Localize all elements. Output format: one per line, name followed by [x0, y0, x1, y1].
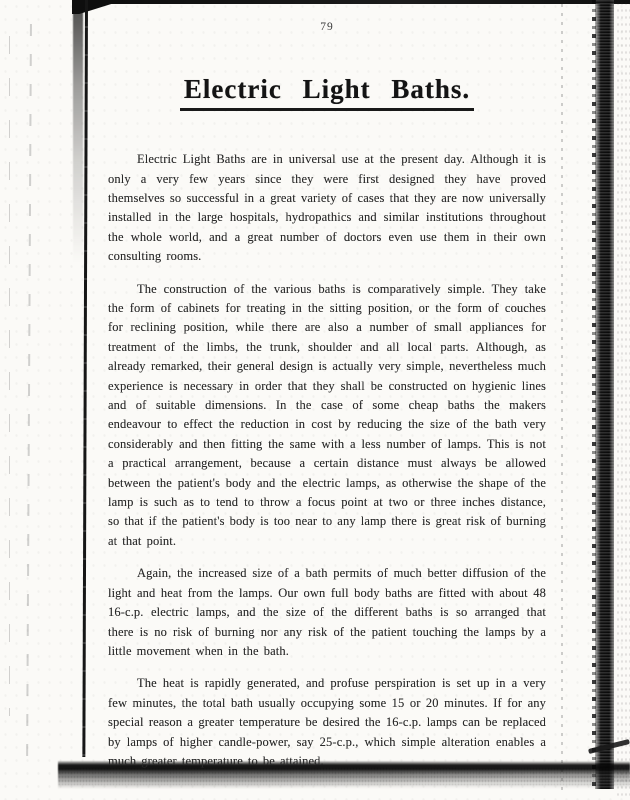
scanned-book-page: 79 Electric Light Baths. Electric Light … — [0, 0, 630, 800]
paragraph-3: Again, the increased size of a bath perm… — [108, 564, 546, 661]
scan-right-binding-band — [595, 0, 614, 789]
body-text: Electric Light Baths are in universal us… — [108, 150, 546, 771]
scan-right-faint-line — [561, 4, 563, 794]
page-content: 79 Electric Light Baths. Electric Light … — [108, 0, 546, 784]
scan-gutter-shadow — [73, 8, 83, 263]
scan-bottom-right-mark — [588, 739, 630, 754]
scan-scratch-left-2 — [26, 24, 31, 769]
scan-right-speckle — [616, 0, 630, 800]
document-title: Electric Light Baths. — [180, 74, 474, 111]
paragraph-4: The heat is rapidly generated, and profu… — [108, 674, 546, 771]
paragraph-2: The construction of the various baths is… — [108, 280, 546, 552]
paragraph-1: Electric Light Baths are in universal us… — [108, 150, 546, 266]
scan-scratch-left-1 — [9, 36, 10, 716]
title-wrap: Electric Light Baths. — [108, 56, 546, 129]
page-number: 79 — [108, 0, 546, 33]
scan-left-page-edge — [82, 0, 87, 757]
